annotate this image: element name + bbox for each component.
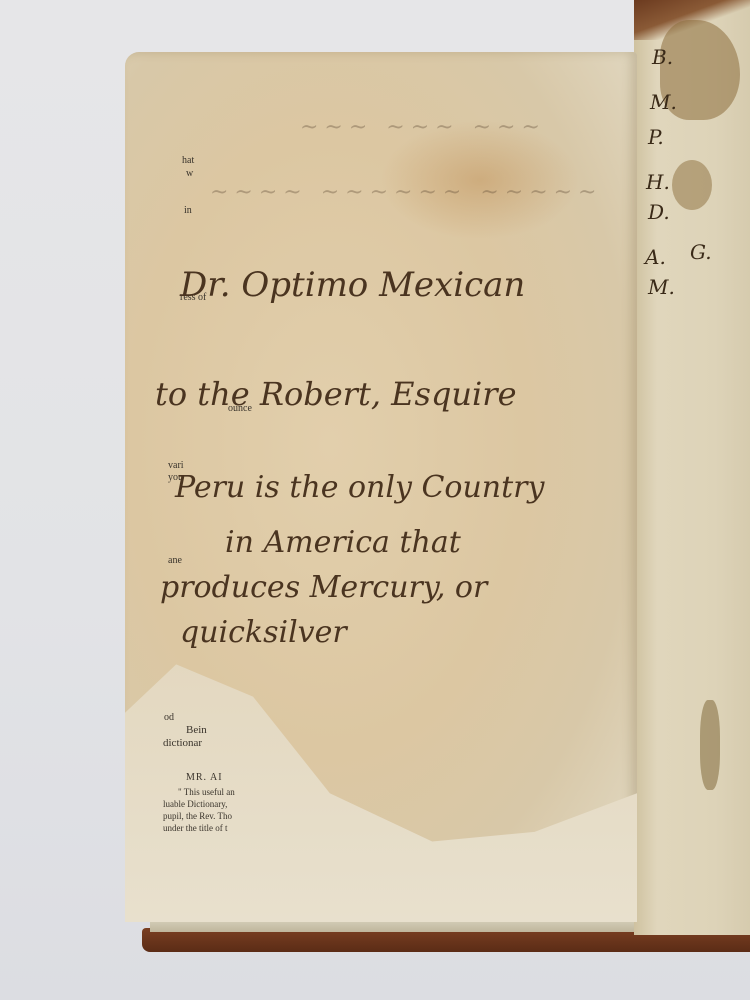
bleed-text: hat [182, 155, 194, 167]
margin-letter: A. [645, 245, 666, 269]
handwriting-line: quicksilver [180, 615, 347, 650]
printed-fragment: under the title of t [163, 822, 227, 834]
handwriting-line: in America that [225, 525, 461, 560]
printed-fragment: " This useful an [178, 786, 235, 798]
handwriting-line: produces Mercury, or [160, 570, 487, 605]
margin-letter: H. [646, 170, 670, 194]
margin-letter: M. [648, 275, 675, 299]
printed-fragment: MR. AI [186, 772, 223, 784]
faded-line: ~~~~ ~~~~~~ ~~~~~ [210, 180, 603, 205]
margin-letter: P. [648, 125, 664, 149]
handwriting-line: Dr. Optimo Mexican [180, 265, 525, 305]
printed-fragment: luable Dictionary, [163, 798, 227, 810]
foxing-stain [672, 160, 712, 210]
handwriting-line: Peru is the only Country [175, 470, 544, 505]
printed-fragment: od [164, 712, 174, 724]
faded-line: ~~~ ~~~ ~~~ [300, 115, 546, 140]
margin-letter: B. [652, 45, 673, 69]
margin-letter: G. [690, 240, 712, 264]
printed-fragment: pupil, the Rev. Tho [163, 810, 232, 822]
bleed-text: ane [168, 555, 182, 567]
bleed-text: w [186, 168, 193, 180]
margin-letter: D. [648, 200, 670, 224]
bleed-text: in [184, 205, 192, 217]
handwriting-line: to the Robert, Esquire [155, 375, 517, 413]
printed-fragment: dictionar [163, 737, 202, 749]
printed-fragment: Bein [186, 724, 207, 736]
foxing-stain [700, 700, 720, 790]
margin-letter: M. [650, 90, 677, 114]
